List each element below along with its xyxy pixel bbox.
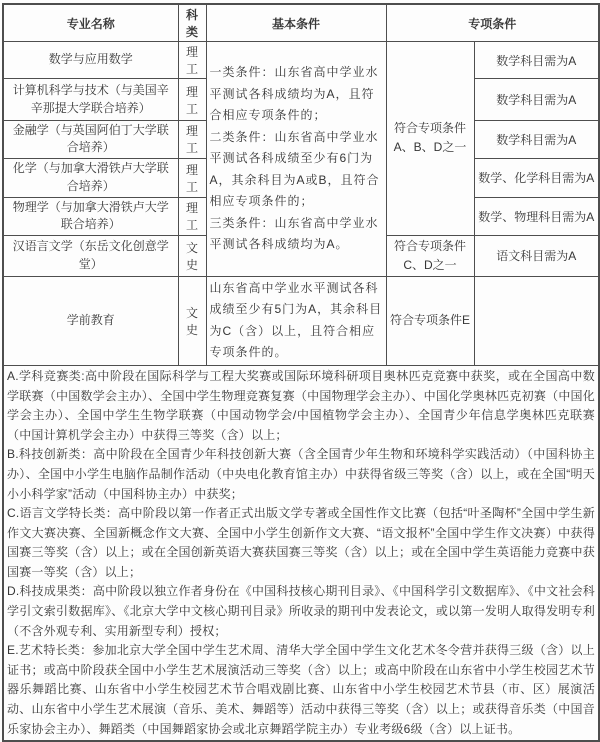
special-group-cd-cell: 符合专项条件C、D之一 [386,235,474,276]
subject-requirement-cell: 数学、物理科目需为A [474,197,599,235]
subject-requirement-cell: 数学科目需为A [474,42,599,79]
header-special-conditions: 专项条件 [386,4,599,42]
category-cell: 文史 [178,235,206,276]
major-name-cell: 化学（与加拿大滑铁卢大学联合培养） [3,158,178,197]
major-name-cell: 计算机科学与技术（与美国辛辛那提大学联合培养） [3,79,178,121]
admissions-requirements-table: 专业名称 科类 基本条件 专项条件 数学与应用数学 理工 一类条件：山东省高中学… [2,3,600,742]
category-cell: 理工 [178,197,206,235]
major-name-cell: 金融学（与英国阿伯丁大学联合培养） [3,121,178,159]
special-group-e-cell: 符合专项条件E [386,276,474,365]
table-row: 学前教育 文史 山东省高中学业水平测试各科成绩至少有5门为A，其余科目为C（含）… [3,276,599,365]
basic-condition-class2: 二类条件：山东省高中学业水平测试各科成绩至少有6门为A，其余科目为A或B，且符合… [210,127,383,213]
header-category: 科类 [178,4,206,42]
note-d-tech-achievements: D.科技成果类：高中阶段以独立作者身份在《中国科技核心期刊目录》、《中国科学引文… [7,582,595,641]
table-header-row: 专业名称 科类 基本条件 专项条件 [3,4,599,42]
basic-conditions-preschool-cell: 山东省高中学业水平测试各科成绩至少有5门为A，其余科目为C（含）以上，且符合相应… [206,276,386,365]
category-cell: 理工 [178,158,206,197]
category-cell: 文史 [178,276,206,365]
major-name-cell: 数学与应用数学 [3,42,178,79]
subject-requirement-cell: 数学、化学科目需为A [474,158,599,197]
subject-requirement-empty-cell [474,276,599,365]
header-basic-conditions: 基本条件 [206,4,386,42]
notes-row: A.学科竞赛类:高中阶段在国际科学与工程大奖赛或国际环境科研项目奥林匹克竞赛中获… [3,365,599,741]
major-name-cell: 学前教育 [3,276,178,365]
note-e-art-talents: E.艺术特长类：参加北京大学全国中学生艺术周、清华大学全国中学生文化艺术冬令营并… [7,641,595,739]
special-conditions-notes-cell: A.学科竞赛类:高中阶段在国际科学与工程大奖赛或国际环境科研项目奥林匹克竞赛中获… [3,365,599,741]
major-name-cell: 汉语言文学（东岳文化创意学堂） [3,235,178,276]
header-major-name: 专业名称 [3,4,178,42]
basic-condition-class1: 一类条件：山东省高中学业水平测试各科成绩均为A，且符合相应专项条件的； [210,62,383,127]
major-name-cell: 物理学（与加拿大滑铁卢大学联合培养） [3,197,178,235]
special-group-abd-cell: 符合专项条件A、B、D之一 [386,42,474,236]
note-c-language-literature: C.语言文学特长类：高中阶段以第一作者正式出版文学专著或全国性作文比赛（包括“叶… [7,504,595,582]
subject-requirement-cell: 数学科目需为A [474,121,599,159]
note-b-tech-innovation: B.科技创新类：高中阶段在全国青少年科技创新大赛（含全国青少年生物和环境科学实践… [7,445,595,504]
basic-condition-class3: 三类条件：山东省高中学业水平测试各科成绩均为A。 [210,213,383,256]
subject-requirement-cell: 语文科目需为A [474,235,599,276]
category-cell: 理工 [178,121,206,159]
admissions-requirements-page: 专业名称 科类 基本条件 专项条件 数学与应用数学 理工 一类条件：山东省高中学… [0,0,600,665]
category-cell: 理工 [178,42,206,79]
note-a-subject-competitions: A.学科竞赛类:高中阶段在国际科学与工程大奖赛或国际环境科研项目奥林匹克竞赛中获… [7,367,595,445]
table-row: 数学与应用数学 理工 一类条件：山东省高中学业水平测试各科成绩均为A，且符合相应… [3,42,599,79]
category-cell: 理工 [178,79,206,121]
basic-conditions-merged-cell: 一类条件：山东省高中学业水平测试各科成绩均为A，且符合相应专项条件的； 二类条件… [206,42,386,277]
subject-requirement-cell: 数学科目需为A [474,79,599,121]
